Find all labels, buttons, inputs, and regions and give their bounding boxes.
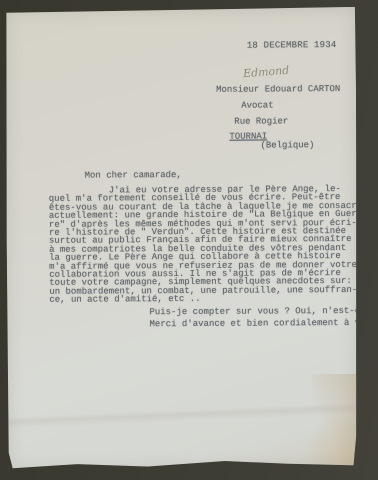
salutation: Mon cher camarade, bbox=[85, 170, 182, 181]
recipient-country: (Belgique) bbox=[260, 140, 314, 150]
closing-thanks: Merci d'avance et bien cordialement à vo… bbox=[49, 319, 363, 329]
letter-body: J'ai eu votre adresse par le Père Ange, … bbox=[49, 185, 364, 329]
closing-question: Puis-je compter sur vous ? Oui, n'est-ce… bbox=[49, 307, 363, 317]
handwritten-annotation: Edmond bbox=[243, 64, 290, 80]
scan-background: 18 DECEMBRE 1934 Edmond Monsieur Edouard… bbox=[0, 0, 378, 480]
recipient-street: Rue Rogier bbox=[234, 116, 288, 126]
recipient-title: Avocat bbox=[241, 100, 273, 110]
letter-paper: 18 DECEMBRE 1934 Edmond Monsieur Edouard… bbox=[5, 7, 359, 471]
recipient-name: Monsieur Edouard CARTON bbox=[216, 84, 340, 95]
letter-date: 18 DECEMBRE 1934 bbox=[247, 40, 337, 51]
